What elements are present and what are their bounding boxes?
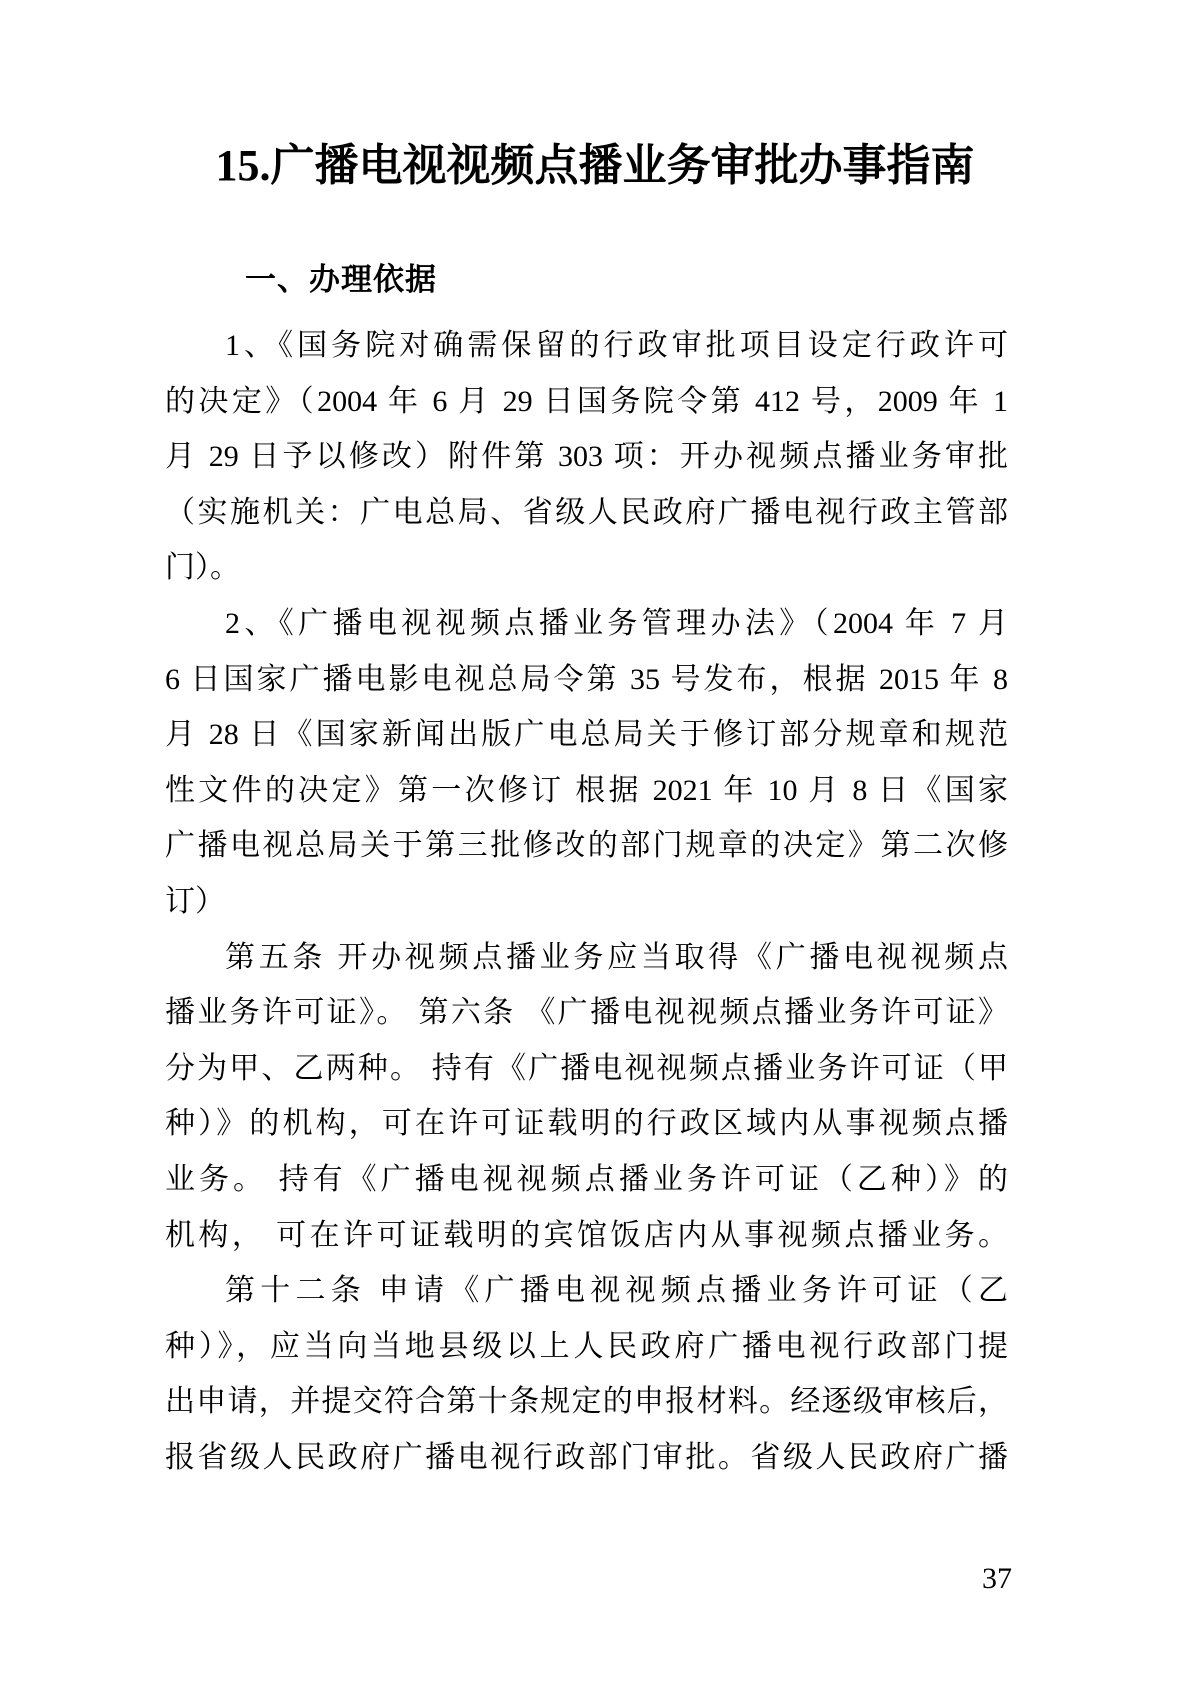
text-line: 报省级人民政府广播电视行政部门审批。省级人民政府广播 bbox=[165, 1430, 1008, 1486]
text-line: 种）》的机构，可在许可证载明的行政区域内从事视频点播 bbox=[165, 1096, 1008, 1152]
text-line: 月 29 日予以修改）附件第 303 项：开办视频点播业务审批 bbox=[165, 429, 1008, 485]
text-line: 业务。 持有《广播电视视频点播业务许可证（乙种）》的 bbox=[165, 1152, 1008, 1208]
text-line: 性文件的决定》第一次修订 根据 2021 年 10 月 8 日《国家 bbox=[165, 763, 1008, 819]
text-line: 播业务许可证》。 第六条 《广播电视视频点播业务许可证》 bbox=[165, 985, 1008, 1041]
document-page: 15.广播电视视频点播业务审批办事指南 一、办理依据 1、《国务院对确需保留的行… bbox=[0, 0, 1190, 1683]
text-line: 出申请，并提交符合第十条规定的申报材料。经逐级审核后， bbox=[165, 1374, 1008, 1430]
text-line: 1、《国务院对确需保留的行政审批项目设定行政许可 bbox=[165, 318, 1008, 374]
text-line: 广播电视总局关于第三批修改的部门规章的决定》第二次修 bbox=[165, 818, 1008, 874]
section-heading-basis: 一、办理依据 bbox=[245, 262, 437, 298]
text-line: 月 28 日《国家新闻出版广电总局关于修订部分规章和规范 bbox=[165, 707, 1008, 763]
text-line: 第五条 开办视频点播业务应当取得《广播电视视频点 bbox=[165, 930, 1008, 986]
document-body: 1、《国务院对确需保留的行政审批项目设定行政许可的决定》（2004 年 6 月 … bbox=[165, 318, 1008, 1485]
text-line: 的决定》（2004 年 6 月 29 日国务院令第 412 号，2009 年 1 bbox=[165, 374, 1008, 430]
text-line: 种）》，应当向当地县级以上人民政府广播电视行政部门提 bbox=[165, 1319, 1008, 1375]
text-line: 2、《广播电视视频点播业务管理办法》（2004 年 7 月 bbox=[165, 596, 1008, 652]
text-line: 第十二条 申请《广播电视视频点播业务许可证（乙 bbox=[165, 1263, 1008, 1319]
text-line: 机构， 可在许可证载明的宾馆饭店内从事视频点播业务。 bbox=[165, 1208, 1008, 1264]
text-line: 门）。 bbox=[165, 540, 1008, 596]
page-title: 15.广播电视视频点播业务审批办事指南 bbox=[0, 140, 1190, 192]
page-number: 37 bbox=[982, 1562, 1012, 1596]
text-line: 订） bbox=[165, 874, 1008, 930]
text-line: 6 日国家广播电影电视总局令第 35 号发布，根据 2015 年 8 bbox=[165, 652, 1008, 708]
text-line: （实施机关：广电总局、省级人民政府广播电视行政主管部 bbox=[165, 485, 1008, 541]
text-line: 分为甲、乙两种。 持有《广播电视视频点播业务许可证（甲 bbox=[165, 1041, 1008, 1097]
